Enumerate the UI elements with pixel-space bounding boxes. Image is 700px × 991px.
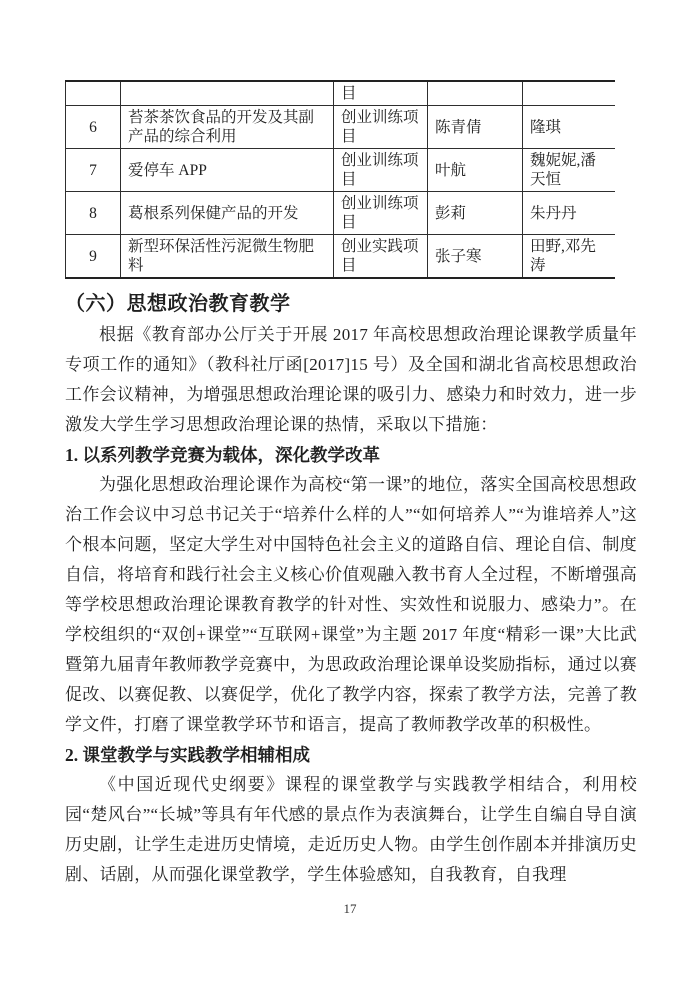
cell-leader: 陈青倩 — [428, 106, 523, 149]
table-row: 8 葛根系列保健产品的开发 创业训练项目 彭莉 朱丹丹 — [66, 192, 615, 235]
cell-no: 7 — [66, 149, 121, 192]
cell-no: 9 — [66, 235, 121, 279]
page-number: 17 — [0, 901, 700, 917]
cell-project-type: 创业训练项目 — [334, 192, 428, 235]
cell-project-name: 爱停车 APP — [121, 149, 334, 192]
project-table: 目 6 苔茶茶饮食品的开发及其副产品的综合利用 创业训练项目 陈青倩 隆琪 7 … — [65, 80, 615, 279]
cell-members: 朱丹丹 — [523, 192, 615, 235]
table-row-carryover: 目 — [66, 81, 615, 106]
cell-leader: 叶航 — [428, 149, 523, 192]
cell-project-type: 创业实践项目 — [334, 235, 428, 279]
cell-project-type: 创业训练项目 — [334, 149, 428, 192]
subheading-1: 1. 以系列教学竞赛为载体，深化教学改革 — [65, 440, 637, 470]
cell-no — [66, 81, 121, 106]
cell-no: 8 — [66, 192, 121, 235]
subheading-2: 2. 课堂教学与实践教学相辅相成 — [65, 740, 637, 770]
cell-project-type: 创业训练项目 — [334, 106, 428, 149]
cell-project-name: 苔茶茶饮食品的开发及其副产品的综合利用 — [121, 106, 334, 149]
cell-members: 隆琪 — [523, 106, 615, 149]
table-row: 9 新型环保活性污泥微生物肥料 创业实践项目 张子寒 田野,邓先涛 — [66, 235, 615, 279]
cell-members — [523, 81, 615, 106]
paragraph-practice-teaching: 《中国近现代史纲要》课程的课堂教学与实践教学相结合，利用校园“楚风台”“长城”等… — [65, 770, 637, 890]
table-row: 6 苔茶茶饮食品的开发及其副产品的综合利用 创业训练项目 陈青倩 隆琪 — [66, 106, 615, 149]
document-page: 目 6 苔茶茶饮食品的开发及其副产品的综合利用 创业训练项目 陈青倩 隆琪 7 … — [0, 0, 700, 991]
table-row: 7 爱停车 APP 创业训练项目 叶航 魏妮妮,潘天恒 — [66, 149, 615, 192]
cell-project-name: 葛根系列保健产品的开发 — [121, 192, 334, 235]
cell-leader — [428, 81, 523, 106]
cell-leader: 彭莉 — [428, 192, 523, 235]
cell-members: 魏妮妮,潘天恒 — [523, 149, 615, 192]
cell-project-name: 新型环保活性污泥微生物肥料 — [121, 235, 334, 279]
cell-project-name — [121, 81, 334, 106]
paragraph-teaching-competition: 为强化思想政治理论课作为高校“第一课”的地位，落实全国高校思想政治工作会议中习总… — [65, 470, 637, 740]
paragraph-intro: 根据《教育部办公厅关于开展 2017 年高校思想政治理论课教学质量年专项工作的通… — [65, 320, 637, 440]
page-content: 目 6 苔茶茶饮食品的开发及其副产品的综合利用 创业训练项目 陈青倩 隆琪 7 … — [65, 80, 637, 890]
cell-members: 田野,邓先涛 — [523, 235, 615, 279]
cell-no: 6 — [66, 106, 121, 149]
section-heading: （六）思想政治教育教学 — [65, 288, 637, 320]
cell-project-type-continued: 目 — [334, 81, 428, 106]
cell-leader: 张子寒 — [428, 235, 523, 279]
